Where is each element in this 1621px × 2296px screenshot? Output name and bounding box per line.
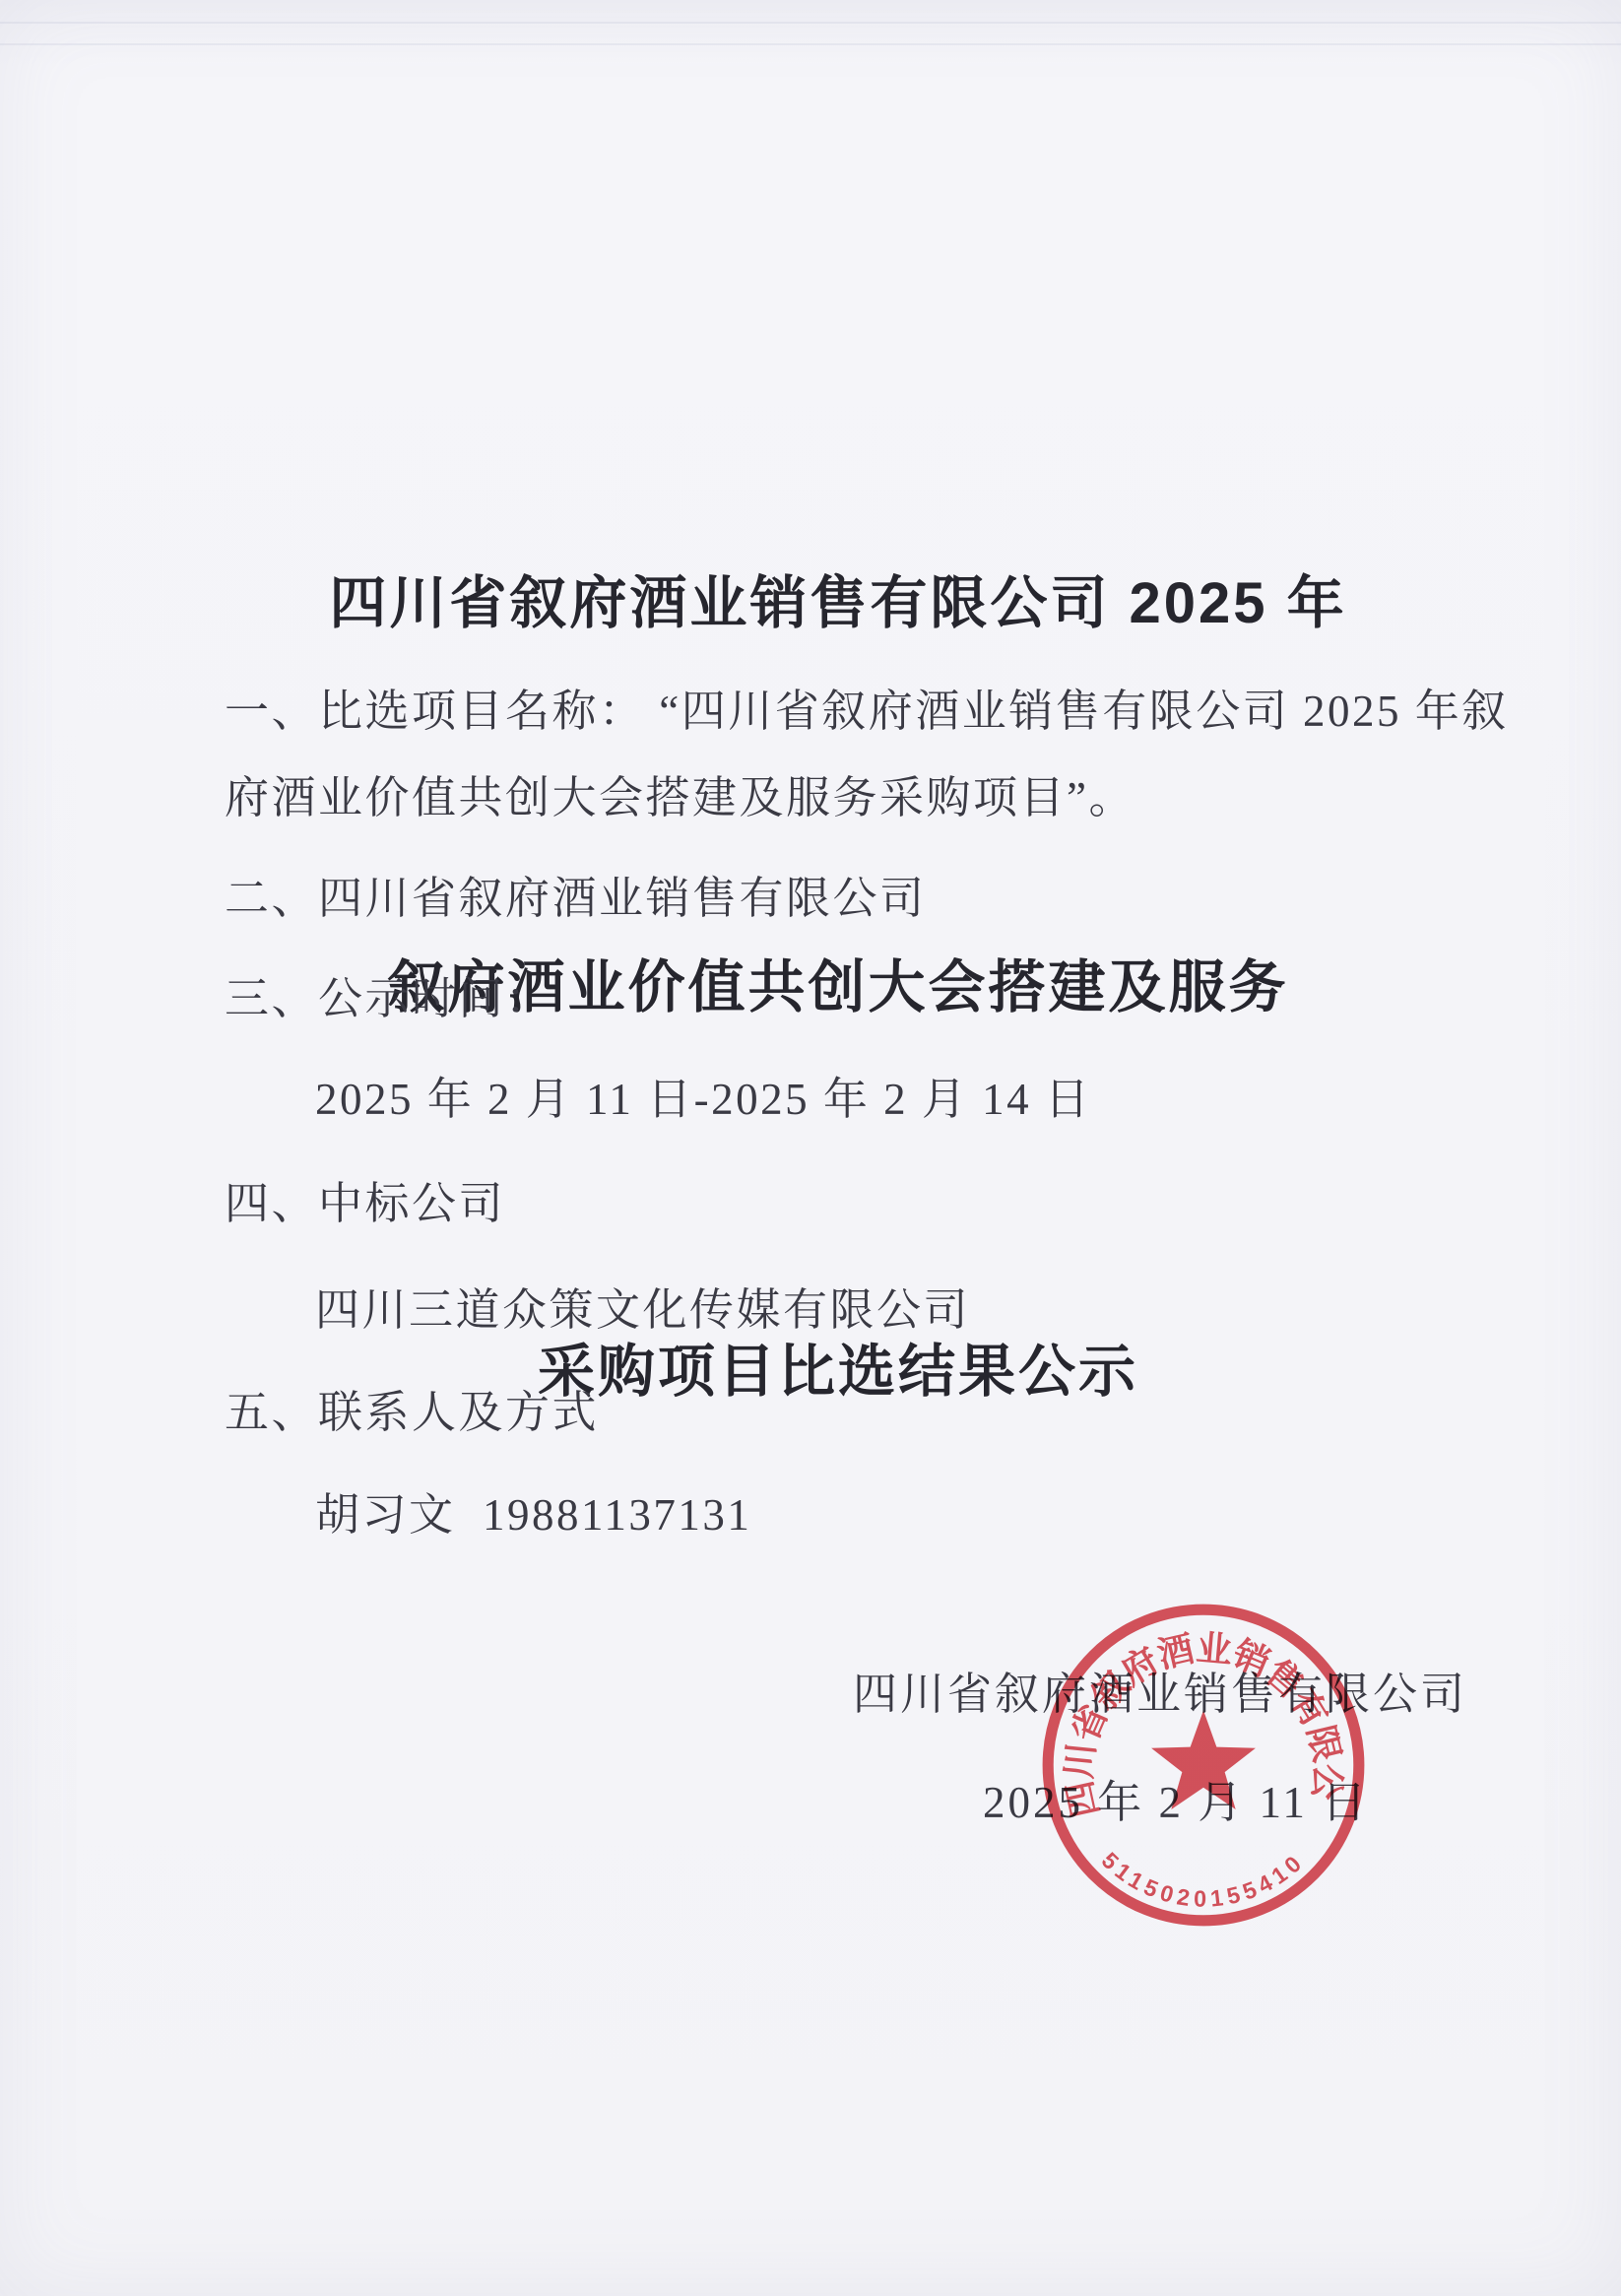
body-line-publicity-period-label: 三、公示时间： [225, 969, 552, 1028]
body-line-publicity-dates: 2025 年 2 月 11 日-2025 年 2 月 14 日 [315, 1070, 1091, 1129]
body-line-project-name-cont: 府酒业价值共创大会搭建及服务采购项目”。 [225, 768, 1135, 827]
body-line-purchaser: 二、四川省叙府酒业销售有限公司 [225, 869, 927, 928]
body-line-contact-info: 胡习文 19881137131 [315, 1485, 751, 1544]
body-line-project-name: 一、比选项目名称： “四川省叙府酒业销售有限公司 2025 年叙 [225, 682, 1509, 741]
body-line-winner-company: 四川三道众策文化传媒有限公司 [315, 1280, 970, 1340]
document-page: 四川省叙府酒业销售有限公司 2025 年 叙府酒业价值共创大会搭建及服务 采购项… [0, 0, 1621, 2296]
title-line-1: 四川省叙府酒业销售有限公司 2025 年 [28, 540, 1621, 668]
body-line-winner-label: 四、中标公司 [225, 1174, 505, 1233]
company-seal: 四川省叙府酒业销售有限公司 5115020155410 [1034, 1596, 1373, 1935]
body-line-contact-label: 五、联系人及方式 [225, 1383, 599, 1442]
scan-streak [0, 22, 1621, 24]
seal-star-icon [1151, 1710, 1256, 1809]
scan-streak [0, 43, 1621, 45]
